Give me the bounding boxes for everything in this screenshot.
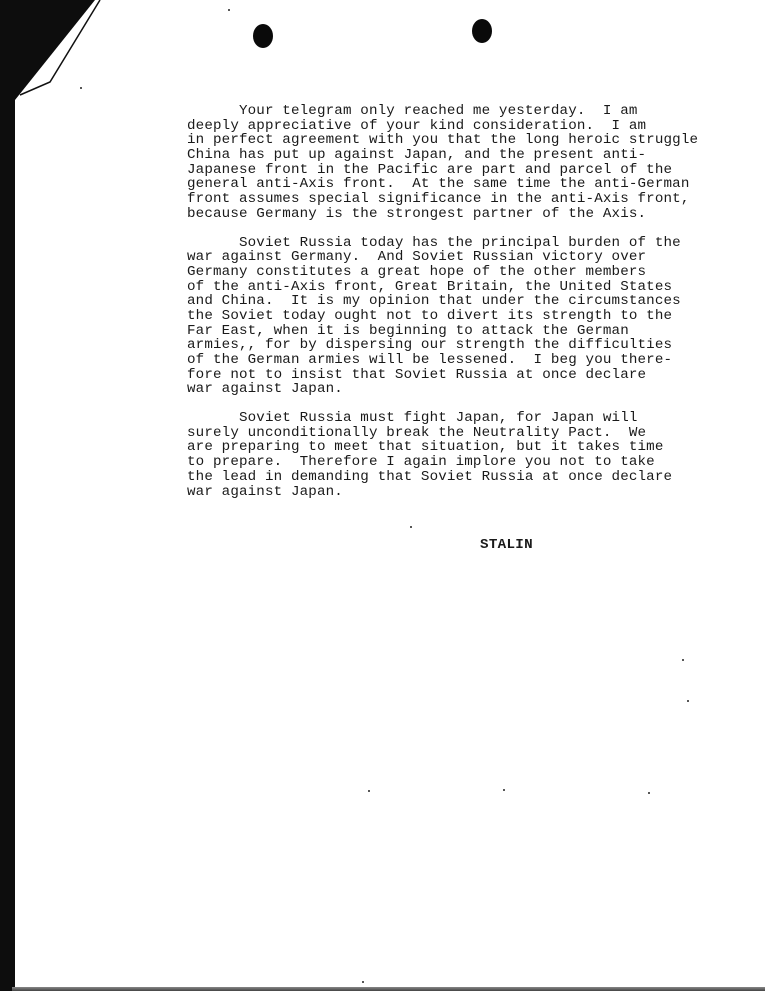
text-line: to prepare. Therefore I again implore yo…: [187, 455, 747, 470]
text-line: Far East, when it is beginning to attack…: [187, 324, 747, 339]
text-line: of the anti-Axis front, Great Britain, t…: [187, 280, 747, 295]
text-line: Your telegram only reached me yesterday.…: [187, 104, 747, 119]
signature: STALIN: [480, 537, 533, 553]
letter-body: Your telegram only reached me yesterday.…: [187, 104, 747, 513]
text-line: war against Japan.: [187, 382, 747, 397]
scan-bottom-edge: [12, 987, 765, 991]
text-line: Soviet Russia must fight Japan, for Japa…: [187, 411, 747, 426]
text-line: armies,, for by dispersing our strength …: [187, 338, 747, 353]
text-line: of the German armies will be lessened. I…: [187, 353, 747, 368]
punch-hole-right: [472, 19, 492, 43]
scan-speck: [503, 789, 505, 791]
text-line: front assumes special significance in th…: [187, 192, 747, 207]
text-line: the lead in demanding that Soviet Russia…: [187, 470, 747, 485]
paragraph-1: Your telegram only reached me yesterday.…: [187, 104, 747, 222]
text-line: China has put up against Japan, and the …: [187, 148, 747, 163]
scan-speck: [228, 9, 230, 11]
folded-corner: [0, 0, 110, 110]
text-line: surely unconditionally break the Neutral…: [187, 426, 747, 441]
text-line: war against Japan.: [187, 485, 747, 500]
text-line: Japanese front in the Pacific are part a…: [187, 163, 747, 178]
text-line: general anti-Axis front. At the same tim…: [187, 177, 747, 192]
text-line: fore not to insist that Soviet Russia at…: [187, 368, 747, 383]
scan-speck: [682, 659, 684, 661]
text-line: and China. It is my opinion that under t…: [187, 294, 747, 309]
scan-speck: [80, 87, 82, 89]
text-line: war against Germany. And Soviet Russian …: [187, 250, 747, 265]
paragraph-2: Soviet Russia today has the principal bu…: [187, 236, 747, 398]
scan-speck: [648, 792, 650, 794]
scan-left-edge: [0, 0, 15, 991]
text-line: in perfect agreement with you that the l…: [187, 133, 747, 148]
text-line: deeply appreciative of your kind conside…: [187, 119, 747, 134]
text-line: are preparing to meet that situation, bu…: [187, 440, 747, 455]
text-line: the Soviet today ought not to divert its…: [187, 309, 747, 324]
text-line: Germany constitutes a great hope of the …: [187, 265, 747, 280]
scan-speck: [368, 790, 370, 792]
paragraph-3: Soviet Russia must fight Japan, for Japa…: [187, 411, 747, 499]
scan-speck: [410, 526, 412, 528]
scan-speck: [362, 981, 364, 983]
text-line: Soviet Russia today has the principal bu…: [187, 236, 747, 251]
scan-speck: [687, 700, 689, 702]
text-line: because Germany is the strongest partner…: [187, 207, 747, 222]
punch-hole-left: [253, 24, 273, 48]
